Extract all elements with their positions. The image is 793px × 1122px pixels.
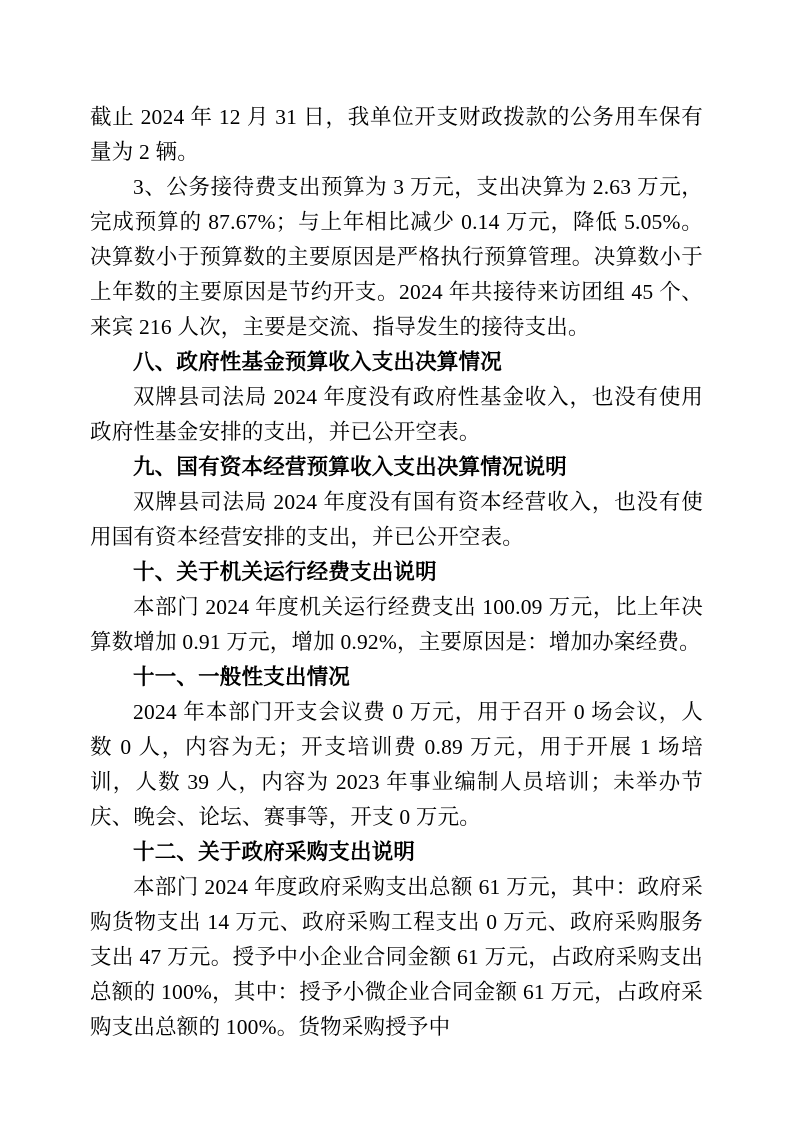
document-page: 截止 2024 年 12 月 31 日，我单位开支财政拨款的公务用车保有量为 2… xyxy=(0,0,793,1122)
paragraph-operating-expense: 本部门 2024 年度机关运行经费支出 100.09 万元，比上年决算数增加 0… xyxy=(90,590,703,660)
paragraph-procurement: 本部门 2024 年度政府采购支出总额 61 万元，其中：政府采购货物支出 14… xyxy=(90,870,703,1045)
paragraph-vehicle-count: 截止 2024 年 12 月 31 日，我单位开支财政拨款的公务用车保有量为 2… xyxy=(90,100,703,170)
section-heading-8-government-fund: 八、政府性基金预算收入支出决算情况 xyxy=(90,345,703,380)
section-heading-9-state-capital: 九、国有资本经营预算收入支出决算情况说明 xyxy=(90,450,703,485)
document-body: 截止 2024 年 12 月 31 日，我单位开支财政拨款的公务用车保有量为 2… xyxy=(90,100,703,1045)
paragraph-official-reception-expense: 3、公务接待费支出预算为 3 万元，支出决算为 2.63 万元，完成预算的 87… xyxy=(90,170,703,345)
section-heading-10-operating-expense: 十、关于机关运行经费支出说明 xyxy=(90,555,703,590)
paragraph-government-fund: 双牌县司法局 2024 年度没有政府性基金收入，也没有使用政府性基金安排的支出，… xyxy=(90,380,703,450)
section-heading-12-procurement: 十二、关于政府采购支出说明 xyxy=(90,835,703,870)
section-heading-11-general-expense: 十一、一般性支出情况 xyxy=(90,660,703,695)
paragraph-state-capital: 双牌县司法局 2024 年度没有国有资本经营收入，也没有使用国有资本经营安排的支… xyxy=(90,485,703,555)
paragraph-general-expense: 2024 年本部门开支会议费 0 万元，用于召开 0 场会议，人数 0 人，内容… xyxy=(90,695,703,835)
